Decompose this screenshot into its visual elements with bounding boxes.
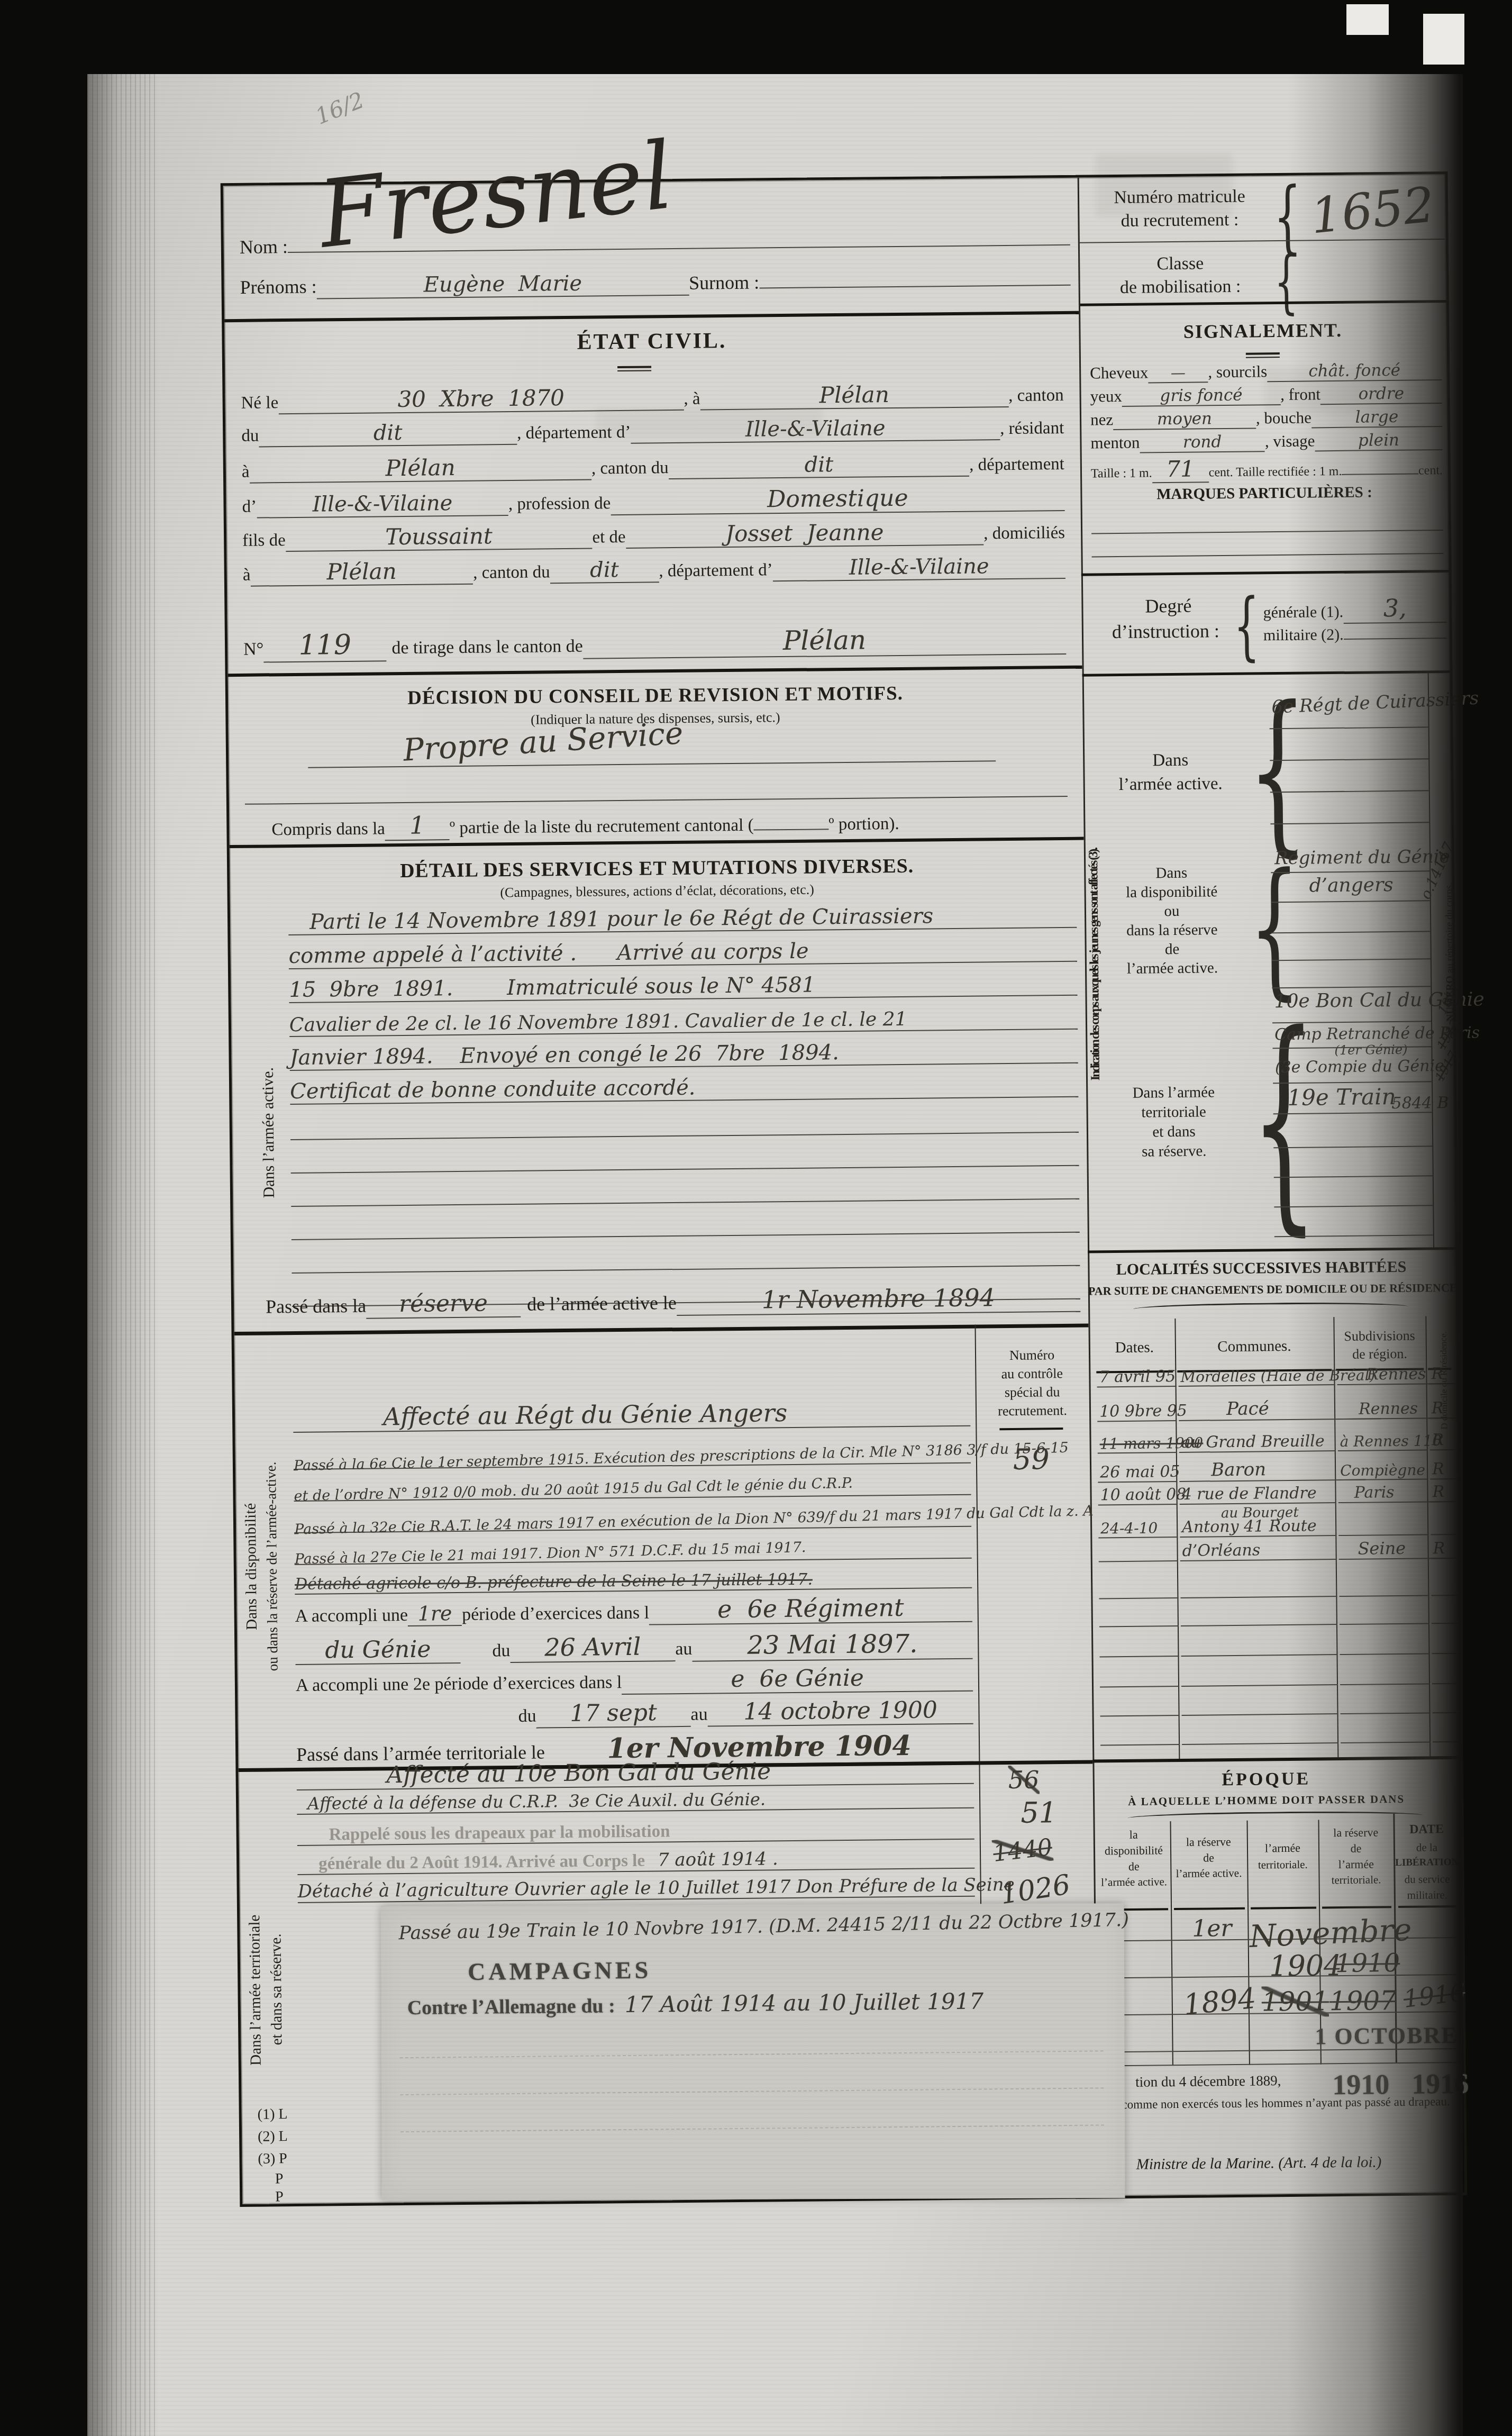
section-rule [1092,1756,1460,1763]
footnote-1: (1) L [258,2106,288,2123]
writing-line [292,1234,1080,1274]
decision-title: DÉCISION DU CONSEIL DE REVISION ET MOTIF… [228,680,1082,712]
table-header-rule [1322,1906,1391,1908]
canton-domicile: dit [590,558,619,583]
reserve-text-5: Détaché agricole c/o B. préfecture de la… [295,1570,813,1594]
epoque-col4-header: territoriale. [1318,1873,1393,1887]
a-label: à [242,462,250,482]
reserve-line-5-struck: Détaché agricole c/o B. préfecture de la… [295,1558,972,1595]
epoque-territoriale-mois: Novembre [1249,1911,1413,1955]
repertoire-vertical-label: NUMÉRO au répertoire du corps. [1430,682,1470,1238]
corps-dispo-label: de [1104,940,1241,959]
passe-label-2: de l’armée active le [527,1292,677,1315]
section-rule [224,311,1079,323]
writing-line [1274,1215,1433,1237]
epoque-reserve-annee: 1894 [1182,1981,1258,2022]
empty-row-cell [1099,1604,1179,1627]
epoque-reserve-jour: 1er [1192,1915,1232,1942]
cheveux-line: — [1148,362,1208,383]
section-rule [228,666,1082,677]
canton-du-label: , canton du [591,458,669,478]
canton-residence: dit [804,452,833,477]
localite-date [1098,1533,1178,1562]
spacer [296,1722,518,1724]
numero-header: Numéro [978,1347,1086,1364]
writing-line [1271,915,1430,933]
empty-row-cell [1431,1574,1458,1596]
departement-residence-line: Ille-&-Vilaine [257,490,508,519]
footnote-5: P [275,2188,284,2205]
liberation-service-stamp: 1916 [1411,2067,1469,2101]
tirage-canton-line: Plélan [583,623,1067,659]
epoque-col2-header: la réserve [1170,1835,1247,1849]
liberation-month-stamp: 1 OCTOBRE [1315,2022,1458,2050]
nez-line: moyen [1113,408,1256,430]
departement-domicile-line: Ille-&-Vilaine [772,553,1065,581]
pere-line: Toussaint [285,522,592,552]
taille-rect-line [1342,474,1418,475]
epoque-date-header: DATE [1395,1822,1459,1837]
yeux-label: yeux [1090,387,1122,406]
epoque-subtitle: À LAQUELLE L’HOMME DOIT PASSER DANS [1093,1792,1440,1808]
periode2-fin-line: 14 octobre 1900 [707,1696,973,1727]
periode2-corps-line: e 6e Génie [622,1664,973,1695]
taille-label: Taille : 1 m. [1091,466,1152,481]
epoque-reserve-terr-barree: 1910 [1335,1948,1400,1978]
residant-label: , résidant [1000,419,1064,439]
periode1-label-1: A accompli une [295,1605,408,1626]
localite-dr: R [1431,1530,1458,1559]
empty-row-cell [1181,1633,1337,1657]
epoque-title: ÉPOQUE [1093,1768,1440,1791]
compris-partie: 1 [409,811,425,840]
sourcils-line: chât. foncé [1267,360,1442,382]
du-label: du [241,426,259,446]
periode1-debut: 26 Avril [544,1632,641,1662]
mere-line: Josset Jeanne [625,518,983,548]
localite-subdivision: Paris [1338,1474,1442,1503]
passe-valeur: réserve [399,1289,488,1317]
profession-line: Domestique [611,483,1065,515]
etat-civil-line-5: fils de Toussaint et de Josset Jeanne , … [242,517,1065,555]
controle-numero-2: 51 [1021,1796,1057,1830]
profession-label: , profession de [508,494,611,514]
epoque-date-header: de la [1395,1841,1459,1855]
writing-line [1270,806,1429,824]
corps-terr-label: territoriale [1105,1103,1242,1122]
etat-civil-line-3: à Plélan , canton du dit , département [242,449,1064,486]
periode2-corps: e 6e Génie [731,1665,864,1693]
periode1-num-line: 1re [408,1602,462,1626]
epoque-date-header: du service [1395,1873,1459,1886]
militaire-line [1344,638,1447,640]
classe-label-2: de mobilisation : [1086,276,1274,298]
localite-dr: R [1429,1356,1456,1384]
rappel-stamp-2: générale du 2 Août 1914. Arrivé au Corps… [297,1851,645,1874]
numero-header: spécial du [978,1384,1087,1401]
matricule-form: Fresnel Nom : Prénoms : Eugène Marie Sur… [221,171,1468,2207]
localites-title-1: LOCALITÉS SUCCESSIVES HABITÉES [1088,1258,1434,1279]
epoque-col1-header: la [1097,1828,1170,1842]
localite-commune-suite: d’Orléans [1180,1531,1337,1561]
departement-label: , département [969,455,1064,475]
epoque-col3-header: l’armée [1247,1841,1318,1855]
title-ornament [617,366,651,371]
campagnes-title-stamp: CAMPAGNES [468,1956,652,1986]
armee-active-vertical-label: Dans l’armée active. [259,1011,279,1254]
title-ornament [1246,352,1280,358]
tirage-value: 119 [298,629,351,661]
periode1-num: 1re [417,1602,452,1625]
epoque-reserve-terr-barree-2: 1907 [1329,1985,1397,2016]
controle-numero-barre: 56 [1008,1766,1039,1795]
epoque-col1-header: de [1097,1859,1170,1874]
departement-domicile: Ille-&-Vilaine [849,554,989,580]
campagnes-stamp-label: Contre l’Allemagne du : [407,1994,615,2020]
generale-value: 3, [1383,594,1407,622]
taille-value: 71 [1166,456,1195,483]
terr-affectation-2: Affecté à la défense du C.R.P. 3e Cie Au… [297,1789,766,1814]
periode2-debut-line: 17 sept [536,1699,690,1729]
tirage-texte: de tirage dans le canton de [391,637,583,658]
corps-dispo-label: dans la réserve [1103,921,1241,940]
departement-label: , département d’ [517,423,631,443]
terr-detache: Détaché à l’agriculture Ouvrier agle le … [298,1874,1015,1902]
tirage-canton: Plélan [783,625,867,657]
service-text-6: Certificat de bonne conduite accordé. [290,1076,696,1104]
compris-label: Compris dans la [271,819,385,840]
classe-label: Classe [1086,253,1274,275]
epoque-territoriale-annee: 1904 [1269,1949,1342,1983]
front-value: ordre [1358,384,1404,404]
fils-de-label: fils de [242,531,286,551]
canton-du-label: , canton du [473,562,550,583]
writing-line [1091,508,1443,534]
epoque-liberation-barree: 1916 [1402,1978,1467,2013]
register-page: 16/2 Fresnel Nom : Prénoms : Eugène Mari… [87,74,1463,2436]
empty-row-cell [1432,1691,1459,1713]
repertoire-label-2: au répertoire du corps. [1443,883,1455,974]
pencil-page-note: 16/2 [312,87,368,130]
writing-line [1269,711,1428,729]
terr-detache-line: Détaché à l’agriculture Ouvrier agle le … [297,1868,974,1903]
domicilies-label: , domiciliés [983,523,1065,543]
corps-terr-label: Dans l’armée [1105,1084,1242,1102]
writing-line [1272,942,1431,961]
sourcils-label: , sourcils [1208,362,1267,381]
et-de-label: et de [592,528,626,548]
compris-portion-line [754,829,829,830]
writing-line [290,1134,1079,1174]
empty-row-cell [1099,1576,1178,1599]
departement-naissance: Ille-&-Vilaine [745,416,886,442]
instruction-generale-row: générale (1). 3, [1263,593,1446,620]
corps-active-label-2: l’armée active. [1102,774,1240,795]
periode2-debut: 17 sept [570,1699,657,1727]
table-header-rule [1174,1907,1245,1910]
prenoms-label: Prénoms : [240,275,316,298]
d-label: d’ [242,497,257,517]
table-bottom-line [1101,2062,1458,2066]
periode1-label-2: période d’exercices dans l [462,1603,649,1625]
epoque-col1-header: l’armée active. [1097,1875,1170,1889]
compris-partie-line: 1 [385,811,450,841]
writing-line [245,776,1068,805]
empty-row-cell [1181,1603,1337,1626]
localite-commune: Mordelles (Haie de Bréal) [1178,1357,1335,1387]
menton-label: menton [1090,433,1140,453]
matricule-value: 1652 [1308,176,1437,244]
taille-rect-label: cent. Taille rectifiée : 1 m. [1209,465,1342,480]
nom-label: Nom : [240,235,288,258]
prenoms-value-line: Eugène Marie [316,270,689,299]
empty-row-cell [1432,1602,1458,1624]
periode2-fin: 14 octobre 1900 [743,1696,937,1725]
book-binding-shadow [87,74,159,2436]
compris-row: Compris dans la 1 º partie de la liste d… [271,805,1044,840]
section-rule [1079,300,1446,306]
rappel-date: 7 août 1914 . [658,1848,778,1870]
etat-civil-line-1: Né le 30 Xbre 1870 , à Plélan , canton [241,380,1063,417]
periode2-du: du [518,1706,536,1726]
bouche-value: large [1355,407,1399,427]
localite-dr: R [1430,1474,1457,1502]
epoque-col4-header: de [1318,1841,1393,1856]
yeux-line: gris foncé [1122,385,1281,407]
front-line: ordre [1320,384,1442,405]
signalement-title: SIGNALEMENT. [1079,318,1446,344]
periode-1-row: A accompli une 1re période d’exercices d… [295,1593,972,1633]
canton-label: , canton [1008,386,1064,406]
reserve-vertical-label-1: Dans la disponibilité [241,1403,262,1731]
epoque-territoriale-annee-barree: 1901 [1262,1986,1329,2017]
footnote-3: (3) P [258,2150,287,2168]
empty-row-cell [1181,1663,1338,1687]
writing-line [1272,1028,1431,1049]
footnote-fragment-2: a comme non exercés tous les hommes n’ay… [1114,2095,1450,2112]
terr-rappel-line-1: Rappelé sous les drapeaux par la mobilis… [297,1812,974,1846]
canton-residence-line: dit [668,451,969,479]
domicile-line: Plélan [250,558,473,587]
cheveux-label: Cheveux [1090,363,1149,383]
col-communes-header: Communes. [1175,1337,1334,1356]
corps-dispo-label: Dans [1103,864,1240,883]
corps-terr-label: et dans [1105,1123,1243,1141]
compris-label-3: º portion). [828,814,899,834]
residence: Plélan [385,455,456,481]
brace-ornament [1133,1302,1408,1314]
canton-naissance-line: dit [259,420,517,448]
epoque-col3-header: territoriale. [1247,1858,1318,1871]
localite-date: 10 9bre 95 [1097,1393,1177,1422]
a-label: à [243,566,251,585]
corps-dispo-label: la disponibilité [1103,883,1240,902]
departement-residence: Ille-&-Vilaine [312,491,452,517]
empty-row-cell [1182,1721,1338,1745]
naissance-lieu-line: Plélan [700,380,1008,411]
menton-line: rond [1140,432,1265,453]
empty-row-cell [1340,1691,1430,1714]
passe-label-1: Passé dans la [266,1295,366,1318]
generale-label: générale (1). [1263,603,1343,622]
terr-affectation-line-2: Affecté à la défense du C.R.P. 3e Cie Au… [297,1780,974,1815]
writing-line [1091,532,1443,557]
surnom-line [759,285,1070,289]
corps-terr-num-4: 5844 B [1391,1094,1449,1113]
yeux-value: gris foncé [1160,386,1242,405]
periode1-du: du [492,1641,510,1661]
periode1-corps: e 6e Régiment [717,1593,904,1623]
empty-row-cell [1181,1692,1338,1716]
writing-line [1272,1003,1431,1023]
empty-row-cell [1100,1694,1179,1716]
localite-subdivision: Seine [1338,1530,1446,1560]
visage-value: plein [1358,431,1399,450]
passe-date: 1r Novembre 1894 [762,1283,995,1314]
rappel-stamp-1: Rappelé sous les drapeaux par la mobilis… [297,1822,670,1845]
canton-naissance: dit [374,421,403,446]
empty-row-cell [1100,1723,1180,1746]
departement-label: , département d’ [659,560,773,581]
liberation-year-stamp: 1910 [1332,2068,1390,2101]
writing-line [1273,1126,1432,1148]
footnote-2: (2) L [258,2128,288,2146]
localite-date: 11 mars 1900 [1097,1424,1177,1453]
brace: { [1233,593,1260,659]
canton-domicile-line: dit [550,557,659,584]
section-rule [234,1324,1089,1336]
compris-label-2: º partie de la liste du recrutement cant… [450,816,754,839]
generale-line: 3, [1343,593,1447,624]
writing-line [1270,742,1428,761]
scan-artifact [1423,14,1464,65]
passe-valeur-line: réserve [366,1289,521,1319]
etat-civil-line-6: à Plélan , canton du dit , département d… [243,552,1065,589]
a-label: , à [684,389,700,409]
matricule-label-2: du recrutement : [1086,210,1273,231]
empty-row-cell [1432,1632,1458,1654]
writing-line [1274,1186,1433,1207]
writing-line [1273,1063,1432,1084]
empty-row-cell [1432,1662,1459,1684]
naissance-lieu: Plélan [819,381,889,408]
localites-title-2: PAR SUITE DE CHANGEMENTS DE DOMICILE OU … [1088,1281,1435,1298]
corps-active-label-1: Dans [1101,750,1239,771]
epoque-col2-header: l’armée active. [1170,1867,1247,1880]
empty-row-cell [1340,1662,1430,1685]
nom-line [288,244,1070,253]
corps-terr-label: sa réserve. [1105,1142,1243,1161]
epoque-col1-header: disponibilité [1097,1843,1170,1858]
matricule-label: Numéro matricule [1086,186,1273,208]
empty-row-cell [1341,1720,1431,1743]
cheveux-value: — [1171,364,1186,381]
writing-line [291,1201,1080,1240]
corps-dispo-label: l’armée active. [1104,959,1241,978]
nez-value: moyen [1157,409,1212,429]
profession: Domestique [767,485,908,513]
localite-dr: R [1429,1390,1456,1419]
taille-line: 71 [1152,456,1208,483]
prenoms-row: Prénoms : Eugène Marie Surnom : [240,267,1070,305]
tirage-value-line: 119 [263,629,387,662]
sourcils-value: chât. foncé [1308,361,1400,381]
periode1-corps2: du Génie [325,1636,431,1664]
instruction-militaire-row: militaire (2). [1263,625,1447,652]
pere: Toussaint [385,523,493,550]
footnote-fragment-1: tion du 4 décembre 1889, [1135,2073,1281,2090]
domicile: Plélan [326,558,397,585]
footnote-4: P [275,2170,284,2187]
table-header-rule [1251,1906,1316,1909]
empty-row-cell [1340,1602,1429,1625]
localite-commune: 4 rue de Flandre [1179,1475,1336,1505]
writing-line [1270,774,1429,793]
periode-2-row: A accompli une 2e période d’exercices da… [296,1664,973,1702]
section-rule [1081,570,1449,576]
taille-row: Taille : 1 m. 71 cent. Taille rectifiée … [1091,453,1443,483]
ne-le-label: Né le [241,393,279,413]
localite-date: 10 août 08 [1098,1476,1178,1505]
naissance-date: 30 Xbre 1870 [397,385,564,412]
periode-1-row-2: du Génie du 26 Avril au 23 Mai 1897. [295,1629,973,1668]
tirage-no-label: N° [243,639,264,659]
numero-header: au contrôle [978,1366,1086,1383]
spacer [460,1656,492,1657]
empty-row-cell [1180,1575,1337,1598]
localite-subdivision: à Rennes 110 [1337,1422,1428,1451]
visage-line: plein [1315,430,1442,451]
passe-date-line: 1r Novembre 1894 [677,1283,1081,1316]
periode-2-row-2: du 17 sept au 14 octobre 1900 [296,1696,973,1734]
bouche-line: large [1311,407,1443,428]
periode2-label: A accompli une 2e période d’exercices da… [296,1673,622,1696]
empty-row-cell [1100,1665,1179,1687]
localite-dr: R [1429,1422,1456,1450]
front-label: , front [1280,385,1320,404]
writing-line [1273,1156,1432,1178]
residence-line: Plélan [249,453,591,484]
periode2-au: au [690,1705,707,1725]
writing-line [1271,855,1429,873]
reserve-affectation: Affecté au Régt du Génie Angers [293,1398,788,1432]
cent-label: cent. [1418,463,1443,478]
naissance-date-line: 30 Xbre 1870 [278,384,684,414]
epoque-date-header: LIBÉRATION [1395,1857,1459,1869]
periode1-corps2-line: du Génie [295,1635,460,1665]
etat-civil-line-4: d’ Ille-&-Vilaine , profession de Domest… [242,483,1064,521]
services-title: DÉTAIL DES SERVICES ET MUTATIONS DIVERSE… [230,853,1084,885]
mere: Josset Jeanne [725,519,884,547]
scan-artifact [1346,4,1389,35]
writing-line [291,1168,1080,1207]
prenoms-value: Eugène Marie [423,271,582,297]
empty-row-cell [1433,1720,1459,1742]
periode1-corps-line: e 6e Régiment [649,1593,972,1625]
epoque-date-header: militaire. [1396,1888,1459,1902]
etat-civil-title: ÉTAT CIVIL. [224,325,1079,359]
small-rule [999,1428,1063,1430]
bouche-label: , bouche [1256,408,1311,428]
empty-row-cell [1340,1632,1429,1655]
brace-ornament [1127,1811,1424,1823]
visage-label: , visage [1265,431,1315,451]
scanned-register-photo: { "scan": { "pencil_note": "16/2" }, "id… [0,0,1512,2436]
controle-numero-barre-2: 1440 [991,1834,1053,1867]
instruction-label-1: Degré [1145,595,1191,617]
marques-title: MARQUES PARTICULIÈRES : [1080,483,1448,504]
etat-civil-line-2: du dit , département d’ Ille-&-Vilaine ,… [241,414,1064,452]
